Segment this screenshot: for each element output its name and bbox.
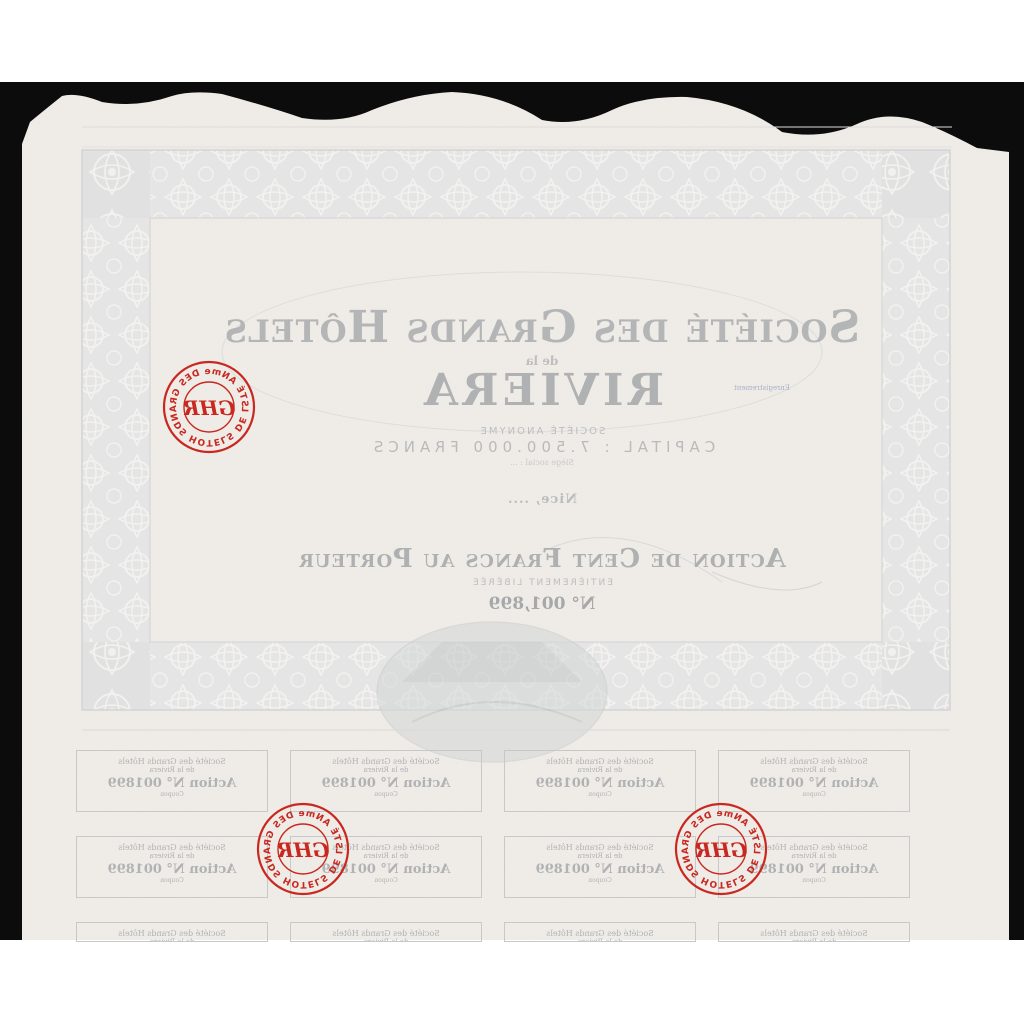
share-number-value: 001,899: [489, 594, 566, 614]
share-note: ENTIÈREMENT LIBÉRÉE: [422, 578, 662, 588]
company-seal: STÉ ANme DES GRANDS HOTELS DE LA RIVIERA…: [256, 802, 350, 896]
coupon-line3: Action N° 001899: [505, 776, 695, 791]
coupon-line2: de la Riviera: [291, 766, 481, 774]
date-line: Nice, ....: [372, 492, 712, 507]
coupon-line1: Société des Grands Hôtels: [77, 843, 267, 852]
coupon-line1: Société des Grands Hôtels: [291, 929, 481, 938]
coupon-line4: Coupon: [77, 791, 267, 798]
svg-text:GHR: GHR: [695, 838, 748, 862]
coupon: Société des Grands Hôtelsde la RivieraAc…: [504, 922, 696, 942]
coupon-line3: Action N° 001899: [291, 776, 481, 791]
coupon-line2: de la Riviera: [77, 938, 267, 942]
coupon: Société des Grands Hôtelsde la RivieraAc…: [76, 836, 268, 898]
coupon-line1: Société des Grands Hôtels: [505, 843, 695, 852]
coupon: Société des Grands Hôtelsde la RivieraAc…: [290, 922, 482, 942]
coupon-line1: Société des Grands Hôtels: [77, 757, 267, 766]
company-seal: STÉ ANme DES GRANDS HOTELS DE LA RIVIERA…: [674, 802, 768, 896]
coupon-line4: Coupon: [719, 791, 909, 798]
coupon-line1: Société des Grands Hôtels: [719, 757, 909, 766]
coupon-line2: de la Riviera: [291, 938, 481, 942]
company-seal: STÉ ANme DES GRANDS HOTELS DE LA RIVIERA…: [162, 360, 256, 454]
coupon-line3: Action N° 001899: [77, 862, 267, 877]
coupon-line1: Société des Grands Hôtels: [719, 929, 909, 938]
coupon-line2: de la Riviera: [505, 766, 695, 774]
coupon-line1: Société des Grands Hôtels: [291, 757, 481, 766]
coupon-line3: Action N° 001899: [77, 776, 267, 791]
coupon: Société des Grands Hôtelsde la RivieraAc…: [76, 922, 268, 942]
coupon: Société des Grands Hôtelsde la RivieraAc…: [504, 836, 696, 898]
coupon-line1: Société des Grands Hôtels: [505, 929, 695, 938]
coupon-line1: Société des Grands Hôtels: [77, 929, 267, 938]
svg-text:GHR: GHR: [277, 838, 330, 862]
coupon-line2: de la Riviera: [505, 852, 695, 860]
coupon-line2: de la Riviera: [77, 852, 267, 860]
coupon-line4: Coupon: [505, 877, 695, 884]
registration-stamp: Enregistrement: [662, 382, 862, 512]
share-type: Action de Cent Francs au Porteur: [182, 544, 902, 574]
coupon-line1: Société des Grands Hôtels: [505, 757, 695, 766]
coupon: Société des Grands Hôtelsde la RivieraAc…: [504, 750, 696, 812]
share-number-label: N°: [571, 594, 595, 614]
share-number: N° 001,899: [452, 594, 632, 614]
coupon-line4: Coupon: [291, 791, 481, 798]
coupon-line2: de la Riviera: [719, 938, 909, 942]
coupon: Société des Grands Hôtelsde la RivieraAc…: [718, 922, 910, 942]
coupon-line3: Action N° 001899: [505, 862, 695, 877]
svg-text:GHR: GHR: [183, 396, 236, 420]
coupon-line2: de la Riviera: [719, 766, 909, 774]
coupon-line3: Action N° 001899: [719, 776, 909, 791]
coupon-line2: de la Riviera: [77, 766, 267, 774]
coupon-line2: de la Riviera: [505, 938, 695, 942]
certificate-title-line1: Société des Grands Hôtels: [212, 302, 872, 353]
coupon-line4: Coupon: [77, 877, 267, 884]
coupon-line4: Coupon: [505, 791, 695, 798]
coupon: Société des Grands Hôtelsde la RivieraAc…: [76, 750, 268, 812]
